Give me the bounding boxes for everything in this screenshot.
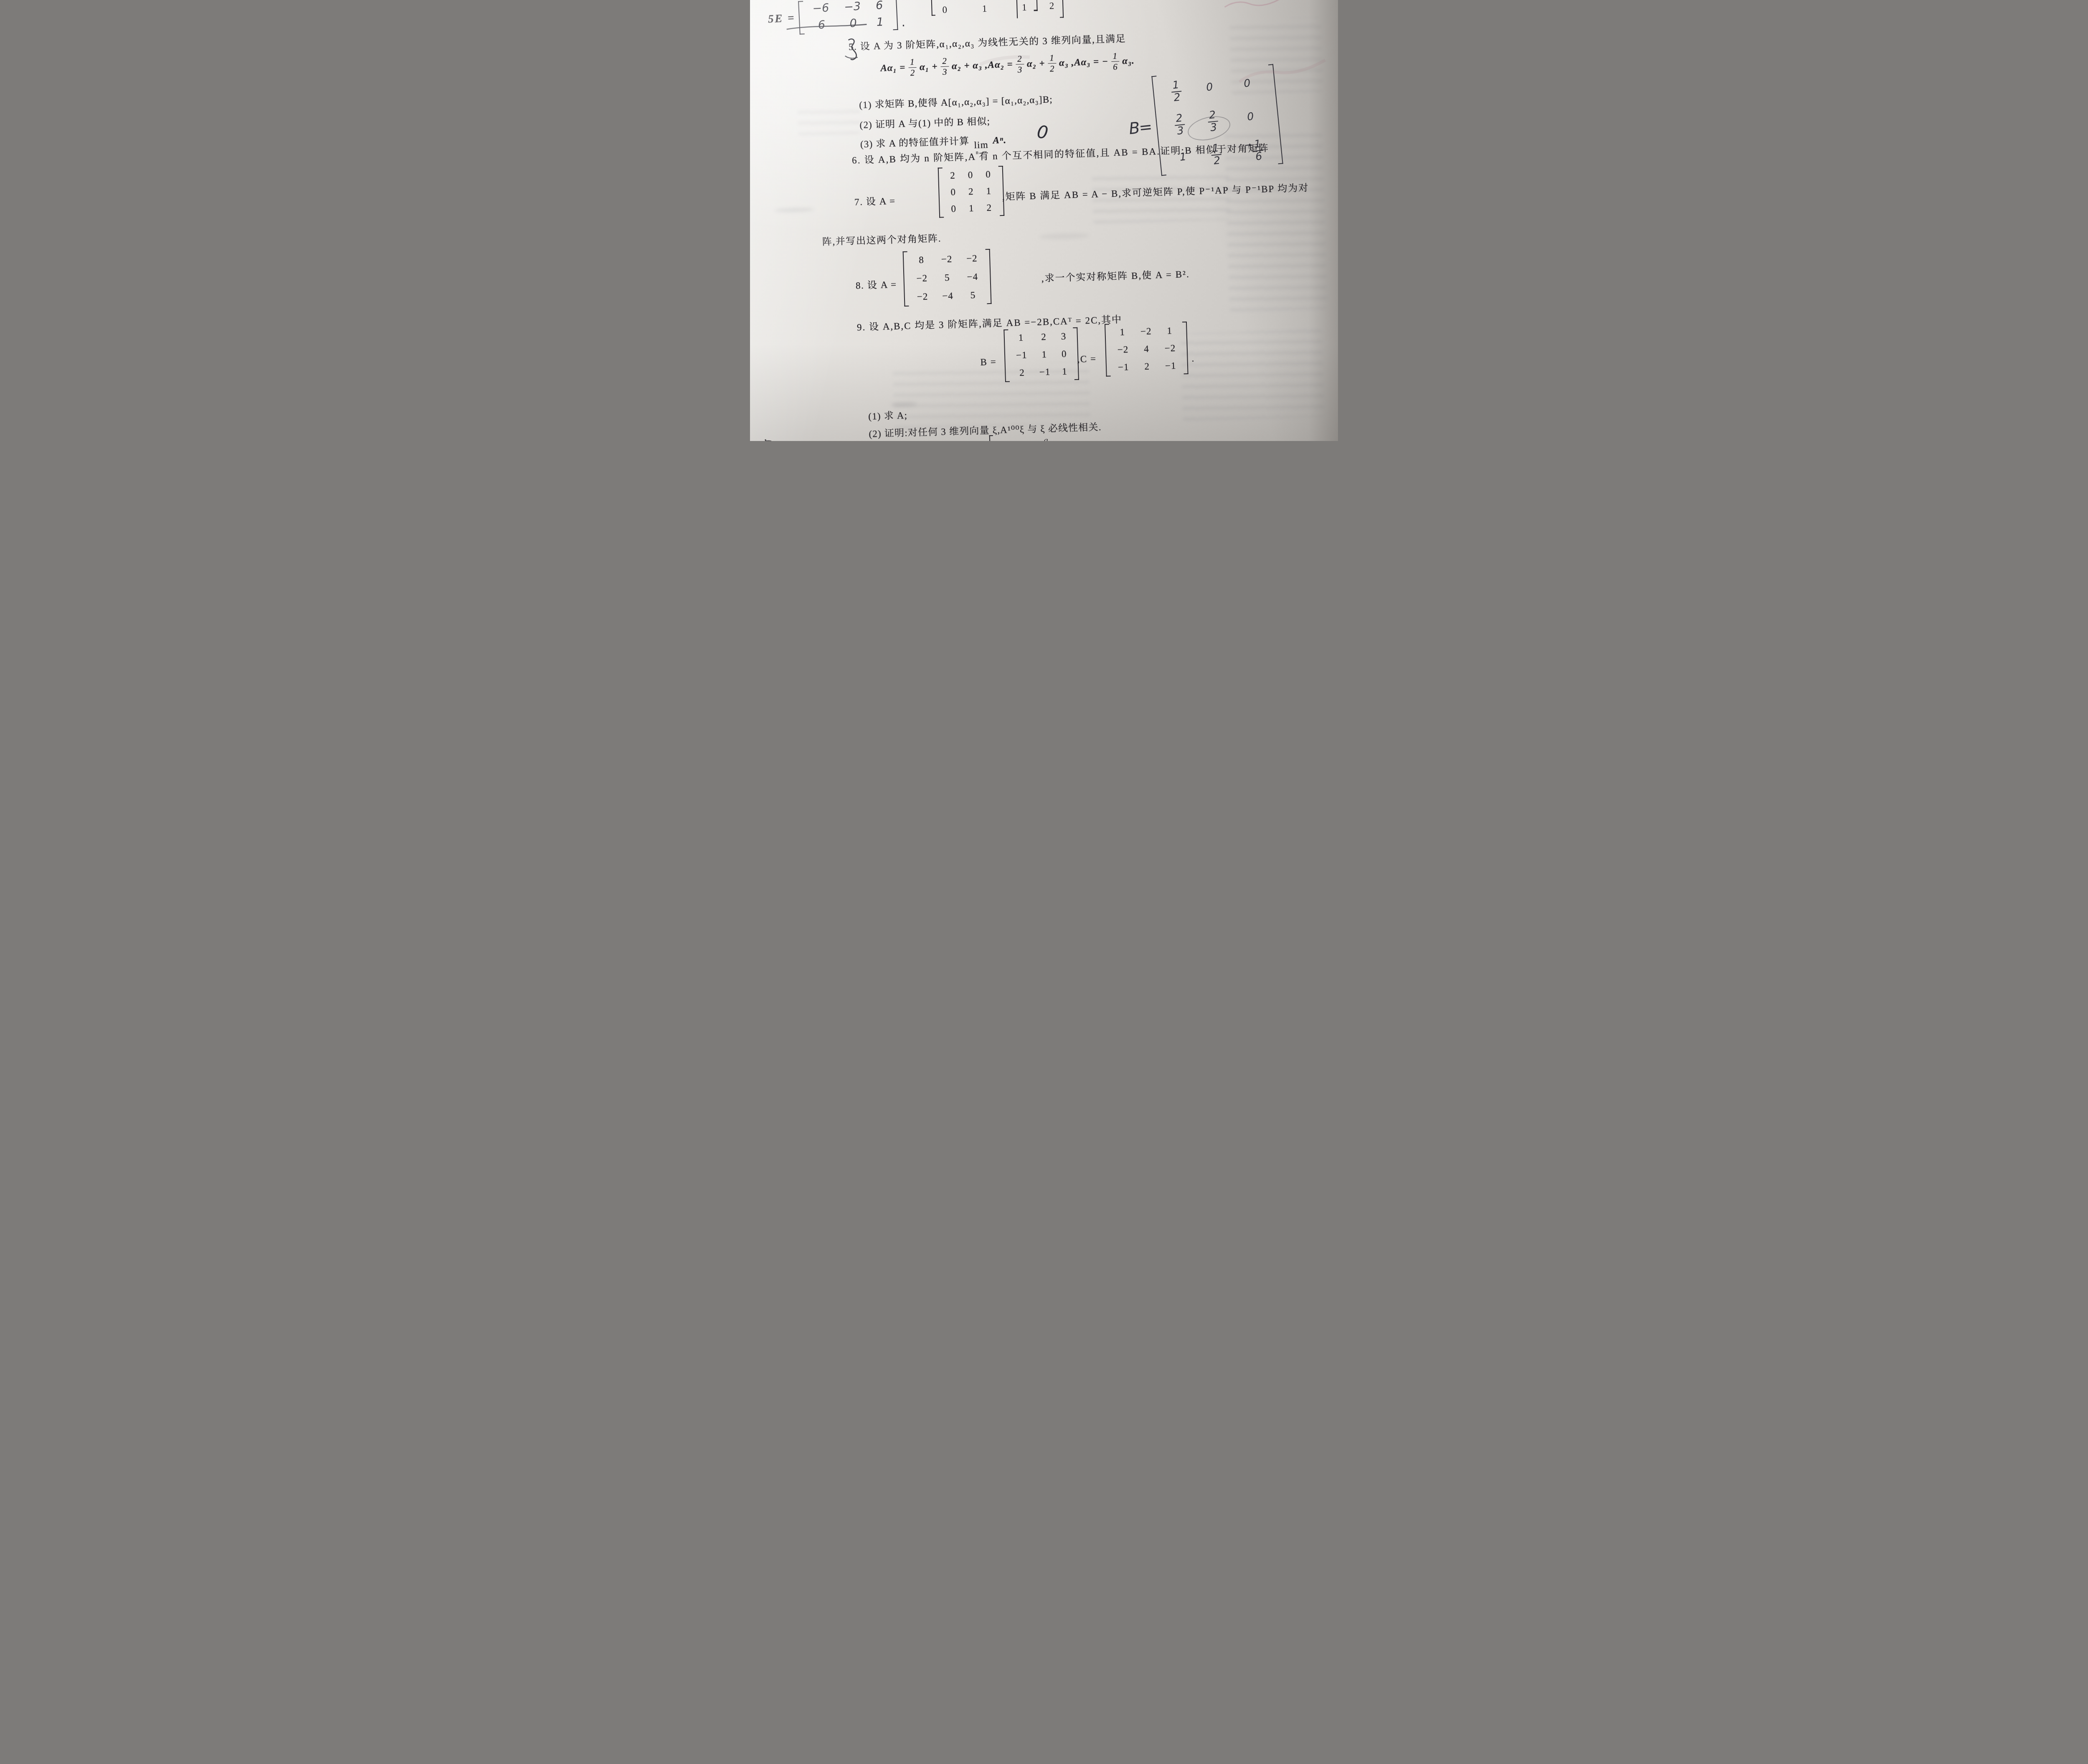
problem-9-item-1: (1) 求 A; [868,408,908,423]
equation-token: α₃ ,Aα₃ = − [1059,56,1109,68]
matrix-cell: 1 [980,182,998,200]
matrix-cell: 5 [934,268,960,287]
pencil-smudge [774,207,814,213]
handwritten-zero-note: 0 [1036,122,1049,143]
matrix-cell: 6 [868,0,891,15]
matrix-grid: 200021012 [944,166,998,218]
matrix-cell: −2 [1111,341,1135,359]
matrix-cell: 3 [1055,327,1072,345]
fraction: 12 [908,57,917,78]
equation-token: α₂ + [1027,58,1045,69]
equation-token: α₃. [1122,56,1135,67]
matrix-cell: −1 [1111,358,1135,377]
pencil-smudge [1039,233,1090,240]
matrix-cell: −2 [909,269,935,288]
matrix-cell: 2 [1011,364,1034,382]
matrix-cell: 4 [1135,340,1159,358]
matrix-cell: 1 [963,200,981,217]
problem-5-item-2: (2) 证明 A 与(1) 中的 B 相似; [859,114,990,131]
matrix-bracket [1003,329,1010,382]
fraction: 23 [1016,54,1024,74]
matrix-cell: 0 [1228,98,1273,136]
handwritten-stroke [845,56,858,58]
problem-5-item-3-expr: Aⁿ. [993,135,1006,146]
handwritten-5E-label: 5E = [768,11,796,25]
matrix-cell: −2 [1134,322,1158,341]
matrix-bracket [938,167,944,218]
partial-glyph-strokes [760,439,772,441]
problem-9-period: . [1191,353,1195,364]
matrix-cell: 0 [942,5,947,15]
matrix-cell: −1 [1033,363,1057,381]
matrix-cell: 1 [1158,322,1182,340]
matrix-cell: 0 [1224,65,1270,102]
problem-7-label: 7. 设 A = [854,193,896,208]
matrix-cell: 1 [982,3,987,14]
matrix-cell: 0 [944,184,963,201]
problem-9-C-label: ,C = [1077,353,1097,365]
problem-8-text: ,求一个实对称矩阵 B,使 A = B². [1041,266,1190,285]
matrix-cell: 2 [1135,357,1159,376]
matrix-cell: 8 [909,251,935,270]
matrix-cell: 2 [944,167,962,184]
matrix-cell: 1 [1009,329,1033,347]
problem-7-continuation: 阵,并写出这两个对角矩阵. [822,231,941,248]
matrix-cell: 2 [1049,0,1054,11]
matrix-bracket [986,249,992,304]
matrix-cell: −4 [935,286,961,306]
matrix-cell: 0 [979,166,998,183]
matrix-cell: 0 [837,15,869,33]
problem-5-item-1: (1) 求矩阵 B,使得 A[α₁,α₂,α₃] = [α₁,α₂,α₃]B; [859,91,1053,111]
bleedthrough-block [797,105,861,136]
fraction: 16 [1111,51,1120,72]
bracket-line [1062,0,1064,18]
handwritten-5E-annotation: 5E = −6−36601 . [767,0,905,36]
matrix-cell: −3 [836,0,869,16]
problem-9-B-matrix: 123−1102−11 [1003,327,1079,382]
handwritten-B-label: B= [1128,117,1152,138]
matrix-cell: −2 [1158,339,1182,357]
problem-8-label: 8. 设 A = [855,277,897,292]
matrix-cell: 2 [962,183,980,200]
matrix-grid: 1−21−24−2−12−1 [1110,322,1183,376]
problem-5-intro-text: 设 A 为 3 阶矩阵,α₁,α₂,α₃ 为线性无关的 3 维列向量,且满足 [860,33,1126,52]
problem-9-B-label: B = [980,357,997,368]
problem-5-equation: Aα₁ =12α₁ +23α₂ + α₃ ,Aα₂ =23α₂ +12α₃ ,A… [880,51,1135,78]
matrix-cell: −2 [910,287,935,307]
page-content: 5E = −6−36601 . 0 1 1 2 5. 设 A 为 3 阶矩阵,α… [750,0,1338,441]
matrix-cell: 0 [1055,345,1073,363]
bracket-line [989,435,991,441]
bleedthrough-block [1180,329,1325,421]
problem-5-intro: 5. 设 A 为 3 阶矩阵,α₁,α₂,α₃ 为线性无关的 3 维列向量,且满… [848,31,1126,53]
fraction: 12 [1048,53,1057,73]
problem-5-number: 5. [849,41,857,52]
pink-bleedthrough-scribble [1224,0,1313,7]
handwritten-5E-matrix: −6−36601 [798,0,898,34]
textbook-page-photo: 5E = −6−36601 . 0 1 1 2 5. 设 A 为 3 阶矩阵,α… [750,0,1338,441]
matrix-cell: −2 [934,250,960,269]
matrix-cell: 6 [806,16,838,34]
matrix-cell: 2 [1032,328,1056,346]
bracket-line [1016,0,1018,18]
matrix-bracket [1105,324,1111,377]
handwritten-period: . [901,15,905,29]
matrix-cell: −1 [1010,346,1034,365]
matrix-bracket [798,1,805,34]
equation-token: α₁ + [920,61,938,73]
matrix-cell: a₁₁ [1002,437,1013,441]
fraction: 23 [940,56,949,77]
matrix-cell: −4 [960,267,986,286]
matrix-grid: −6−36601 [805,0,892,34]
problem-7-matrix: 200021012 [938,166,1004,218]
matrix-cell: 1 [1110,323,1135,342]
matrix-grid: 8−2−2−25−4−2−45 [909,249,986,306]
matrix-cell: 5 [960,286,986,305]
bracket-line [931,0,933,16]
matrix-cell: 1 [869,13,892,31]
matrix-cell: 1 [1033,345,1056,364]
matrix-cell: −2 [959,249,985,268]
matrix-cell: 0 [1191,69,1228,106]
problem-9-text: 9. 设 A,B,C 均是 3 阶矩阵,满足 AB =−2B,CAᵀ = 2C,… [856,312,1122,334]
equation-token: α₂ + α₃ ,Aα₂ = [952,59,1013,71]
problem-8-matrix: 8−2−2−25−4−2−45 [903,249,992,307]
matrix-bracket [892,0,898,30]
problem-9-C-matrix: 1−21−24−2−12−1 [1105,322,1188,377]
matrix-cell: −1 [1158,357,1183,375]
matrix-cell: −6 [805,0,837,18]
matrix-bracket [1182,322,1188,374]
matrix-cell: 0 [945,200,963,218]
matrix-cell: 0 [961,167,980,184]
matrix-cell: 12 [1158,72,1194,109]
matrix-cell: 2 [980,199,998,216]
matrix-cell: 1 [1056,362,1074,380]
matrix-grid: 123−1102−11 [1009,327,1073,382]
equation-token: Aα₁ = [880,62,906,74]
matrix-cell: a₁₂ [1044,435,1054,441]
matrix-bracket [903,251,909,307]
problem-5-item-3-text: (3) 求 A 的特征值并计算 [860,136,970,150]
matrix-fragment-top-right: 2 [1016,0,1064,19]
